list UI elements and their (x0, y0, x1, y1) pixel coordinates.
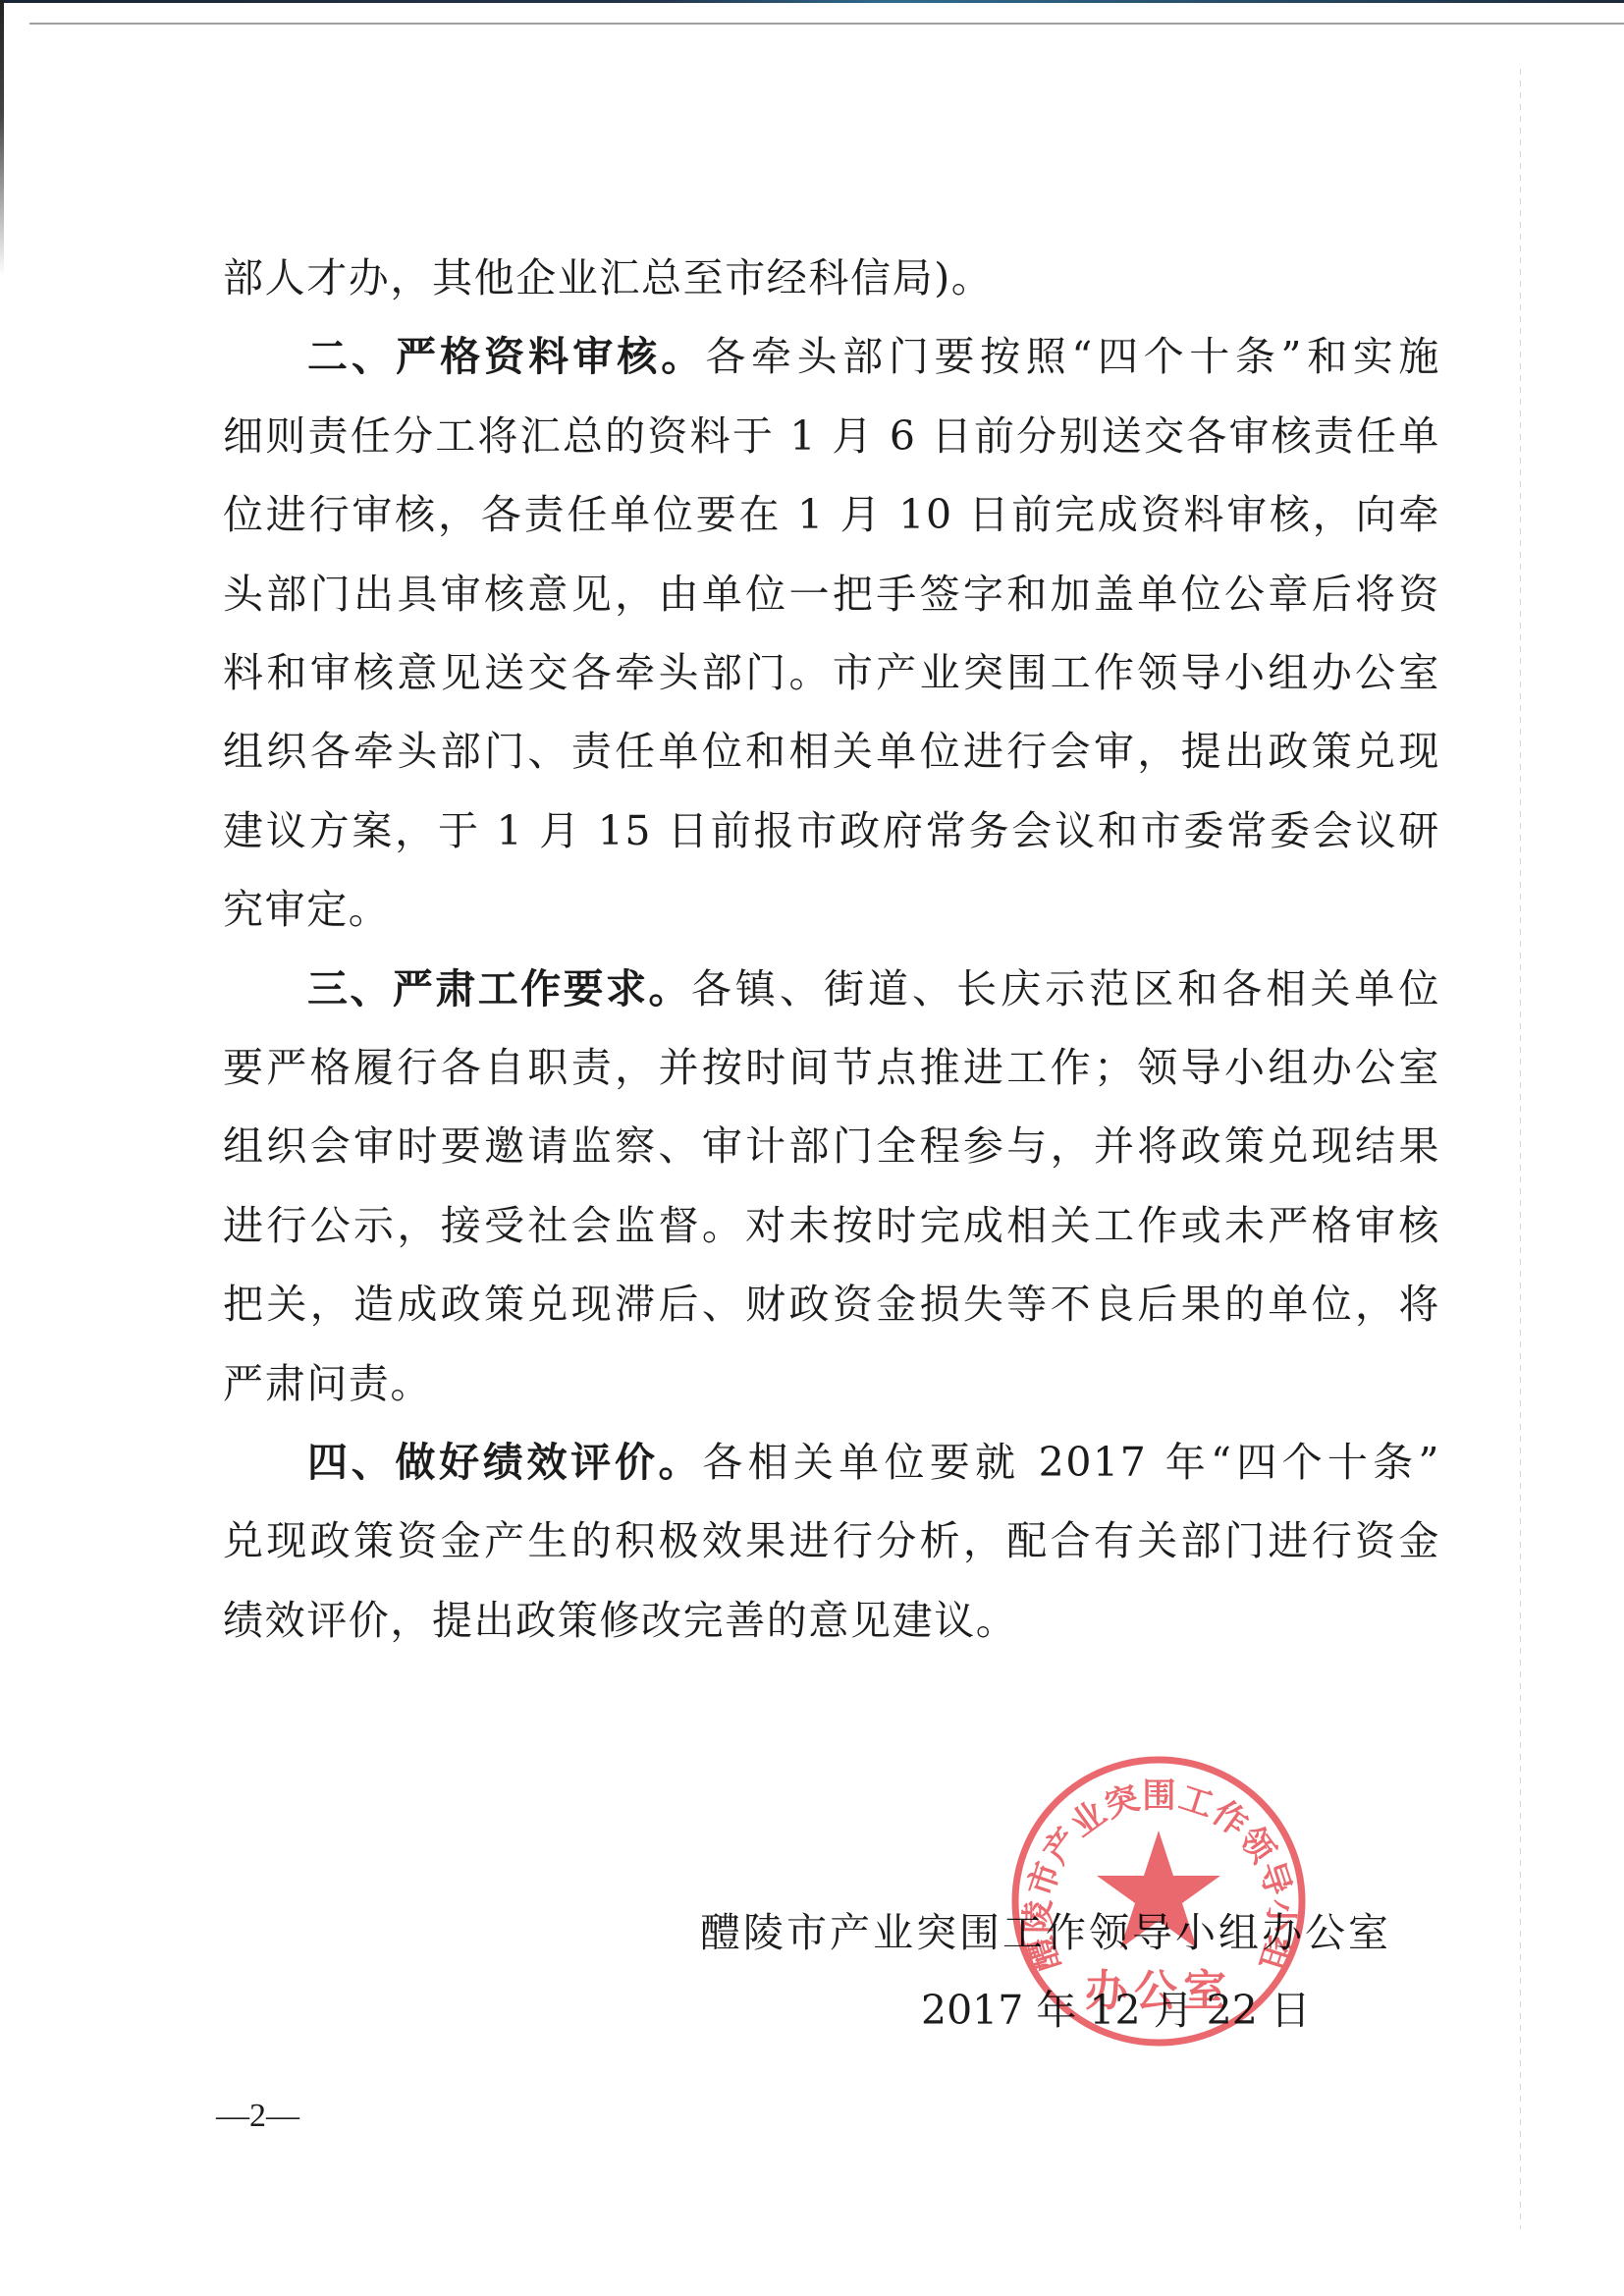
paragraph-2-line: 究审定。 (223, 880, 1440, 939)
paragraph-2-line: 组织各牵头部门、责任单位和相关单位进行会审，提出政策兑现 (223, 722, 1440, 781)
section-heading-2: 二、严格资料审核。 (307, 333, 705, 380)
paragraph-2-line: 头部门出具审核意见，由单位一把手签字和加盖单位公章后将资 (223, 565, 1440, 624)
star-icon (1097, 1831, 1220, 1948)
paragraph-3-first-line: 三、严肃工作要求。各镇、街道、长庆示范区和各相关单位 (307, 959, 1440, 1018)
paragraph-3-line: 严肃问责。 (223, 1354, 1440, 1413)
paragraph-1-line: 部人才办，其他企业汇总至市经科信局)。 (223, 248, 1440, 307)
scan-top-edge (0, 0, 1624, 3)
paragraph-2-text: 各牵头部门要按照“四个十条”和实施 (705, 333, 1440, 380)
scan-margin-line (1520, 69, 1521, 2229)
paragraph-2-line: 料和审核意见送交各牵头部门。市产业突围工作领导小组办公室 (223, 643, 1440, 702)
official-seal: 醴陵市产业突围工作领导小组 办公室 (1009, 1754, 1308, 2049)
seal-bottom-text: 办公室 (1085, 1966, 1232, 2016)
section-heading-3: 三、严肃工作要求。 (307, 965, 691, 1012)
paragraph-2-line: 建议方案，于 1 月 15 日前报市政府常务会议和市委常委会议研 (223, 801, 1440, 860)
paragraph-3-line: 进行公示，接受社会监督。对未按时完成相关工作或未严格审核 (223, 1196, 1440, 1255)
scan-left-edge (0, 0, 4, 2296)
paragraph-2-line: 细则责任分工将汇总的资料于 1 月 6 日前分别送交各审核责任单 (223, 407, 1440, 465)
paragraph-2-first-line: 二、严格资料审核。各牵头部门要按照“四个十条”和实施 (307, 327, 1440, 386)
paragraph-2-line: 位进行审核，各责任单位要在 1 月 10 日前完成资料审核，向牵 (223, 485, 1440, 544)
paragraph-3-line: 要严格履行各自职责，并按时间节点推进工作；领导小组办公室 (223, 1038, 1440, 1097)
section-heading-4: 四、做好绩效评价。 (307, 1439, 702, 1486)
paragraph-3-line: 把关，造成政策兑现滞后、财政资金损失等不良后果的单位，将 (223, 1275, 1440, 1334)
page-top-rule (29, 23, 1624, 25)
paragraph-3-text: 各镇、街道、长庆示范区和各相关单位 (691, 965, 1440, 1012)
paragraph-4-text: 各相关单位要就 2017 年“四个十条” (702, 1439, 1440, 1486)
paragraph-4-line: 绩效评价，提出政策修改完善的意见建议。 (223, 1591, 1440, 1650)
paragraph-3-line: 组织会审时要邀请监察、审计部门全程参与，并将政策兑现结果 (223, 1117, 1440, 1175)
page-number: —2— (216, 2097, 299, 2136)
paragraph-4-line: 兑现政策资金产生的积极效果进行分析，配合有关部门进行资金 (223, 1511, 1440, 1570)
paragraph-4-first-line: 四、做好绩效评价。各相关单位要就 2017 年“四个十条” (307, 1433, 1440, 1492)
